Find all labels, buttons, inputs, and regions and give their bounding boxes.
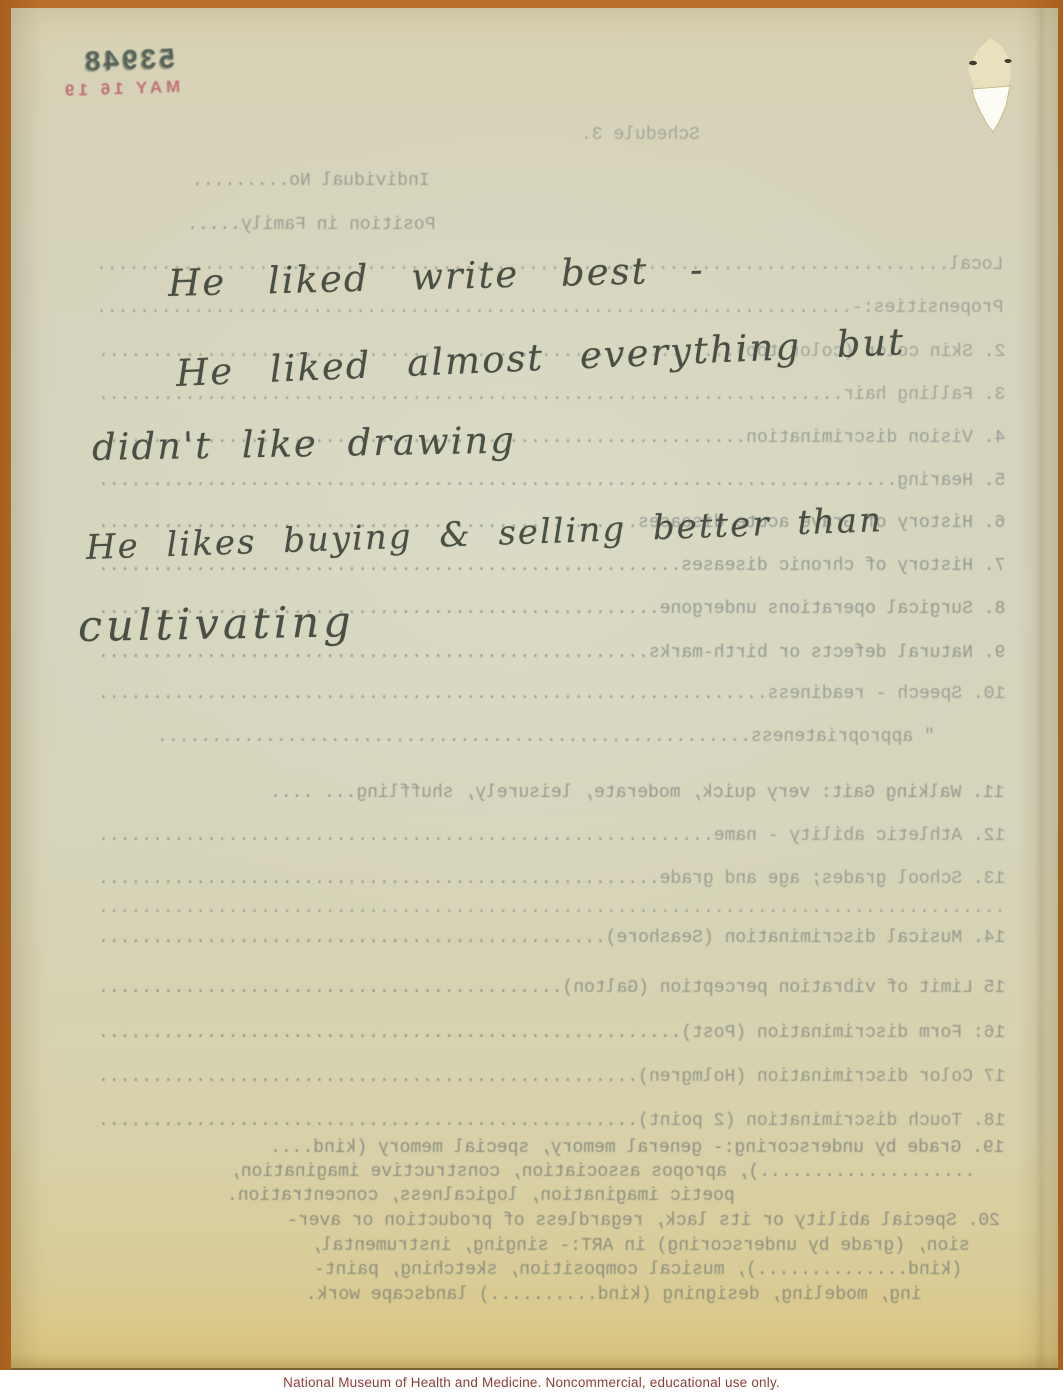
typed-line-14: " appropriateness.......................… (157, 728, 935, 746)
typed-line-15: 11. Walking Gait: very quick, moderate, … (270, 784, 1005, 802)
paper-crease (1034, 8, 1048, 1370)
typed-line-26: poetic imagination, logicalness, concent… (227, 1187, 735, 1205)
torn-hole (950, 32, 1030, 152)
typed-line-18: ........................................… (98, 899, 1005, 917)
typed-line-25: ....................), apropos associati… (230, 1163, 975, 1181)
typed-line-17: 13. School grades; age and grade........… (98, 870, 1005, 888)
serial-number-stamp: 53948 (82, 42, 176, 77)
typed-line-30: ing, modeling, designing (kind..........… (306, 1286, 922, 1304)
typed-line-22: 17 Color discrimination (Holmgren)......… (98, 1068, 1005, 1086)
caption-text: National Museum of Health and Medicine. … (283, 1375, 780, 1390)
ink-speck (1005, 59, 1012, 63)
typed-line-28: sion, (grade by underscoring) in ART:- s… (311, 1237, 970, 1255)
typed-line-19: 14. Musical discrimination (Seashore)...… (98, 929, 1005, 947)
date-stamp: MAY 16 19 (60, 77, 180, 101)
typed-line-1: Individual No......... (192, 172, 430, 190)
typed-line-21: 16: Form discrimination (Post)..........… (98, 1024, 1005, 1042)
typed-line-16: 12. Athletic ability - name.............… (98, 827, 1005, 845)
typed-line-23: 18. Touch discrimination (2 point)......… (98, 1112, 1005, 1130)
caption-strip: National Museum of Health and Medicine. … (0, 1370, 1063, 1395)
handwriting-line-2: didn't like drawing (92, 419, 517, 469)
typed-line-20: 15 Limit of vibration perception (Galton… (98, 979, 1005, 997)
typed-line-8: 5. Hearing..............................… (98, 472, 1005, 490)
ink-speck (969, 61, 977, 65)
typed-line-27: 20. Special ability or its lack, regardl… (287, 1212, 1000, 1230)
handwriting-line-4: cultivating (78, 597, 356, 652)
typed-line-29: (kind..............), musical compositio… (314, 1261, 962, 1279)
typed-line-2: Position in Family..... (187, 216, 435, 234)
hole-cutout (972, 86, 1010, 132)
typed-line-24: 19. Grade by underscoring:- general memo… (270, 1139, 1005, 1157)
typed-line-0: Schedule 3. (581, 126, 700, 144)
typed-line-13: 10. Speech - readiness..................… (98, 685, 1005, 703)
scanned-document-page: 53948 MAY 16 19 Schedule 3.Individual No… (0, 0, 1063, 1395)
